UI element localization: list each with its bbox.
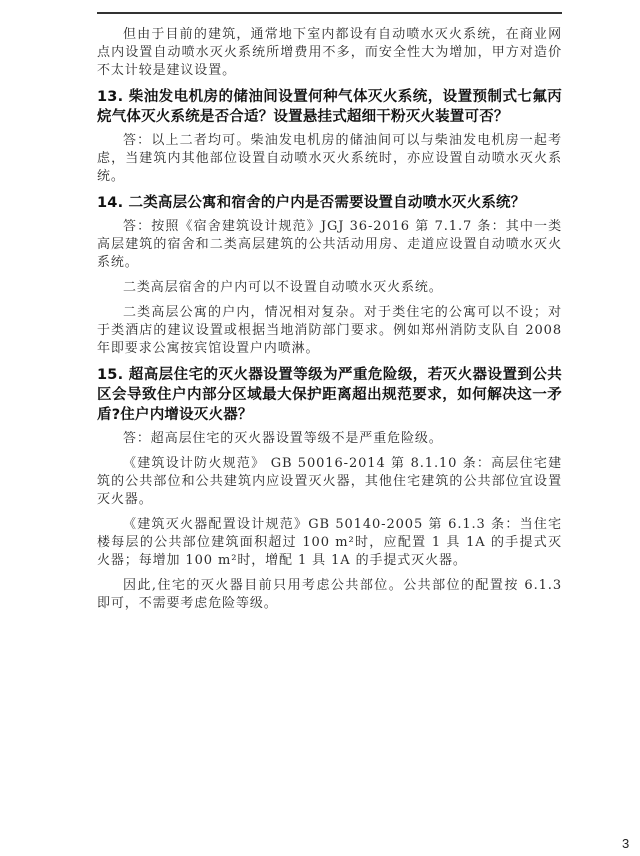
answer-15-conclusion: 因此,住宅的灭火器目前只用考虑公共部位。公共部位的配置按 6.1.3 即可，不需… [97,577,562,613]
answer-15-gb50016: 《建筑设计防火规范》 GB 50016-2014 第 8.1.10 条：高层住宅… [97,455,562,509]
answer-14-dormitory-code: 答：按照《宿舍建筑设计规范》JGJ 36-2016 第 7.1.7 条：其中一类… [97,218,562,272]
question-15-heading: 15. 超高层住宅的灭火器设置等级为严重危险级，若灭火器设置到公共区会导致住户内… [97,365,562,425]
header-rule [97,12,562,14]
answer-15-gb50140: 《建筑灭火器配置设计规范》GB 50140-2005 第 6.1.3 条：当住宅… [97,516,562,570]
page-number: 3 [622,836,629,851]
question-13-heading: 13. 柴油发电机房的储油间设置何种气体灭火系统，设置预制式七氟丙烷气体灭火系统… [97,87,562,127]
page-content: 但由于目前的建筑，通常地下室内都设有自动喷水灭火系统，在商业网点内设置自动喷水灭… [97,26,562,620]
answer-15-intro: 答：超高层住宅的灭火器设置等级不是严重危险级。 [97,430,562,448]
question-14-heading: 14. 二类高层公寓和宿舍的户内是否需要设置自动喷水灭火系统？ [97,193,562,213]
answer-13: 答：以上二者均可。柴油发电机房的储油间可以与柴油发电机房一起考虑，当建筑内其他部… [97,132,562,186]
paragraph-commercial-sprinkler: 但由于目前的建筑，通常地下室内都设有自动喷水灭火系统，在商业网点内设置自动喷水灭… [97,26,562,80]
answer-14-apartment: 二类高层公寓的户内，情况相对复杂。对于类住宅的公寓可以不设；对于类酒店的建议设置… [97,304,562,358]
document-page: 但由于目前的建筑，通常地下室内都设有自动喷水灭火系统，在商业网点内设置自动喷水灭… [0,0,640,856]
answer-14-dormitory: 二类高层宿舍的户内可以不设置自动喷水灭火系统。 [97,279,562,297]
